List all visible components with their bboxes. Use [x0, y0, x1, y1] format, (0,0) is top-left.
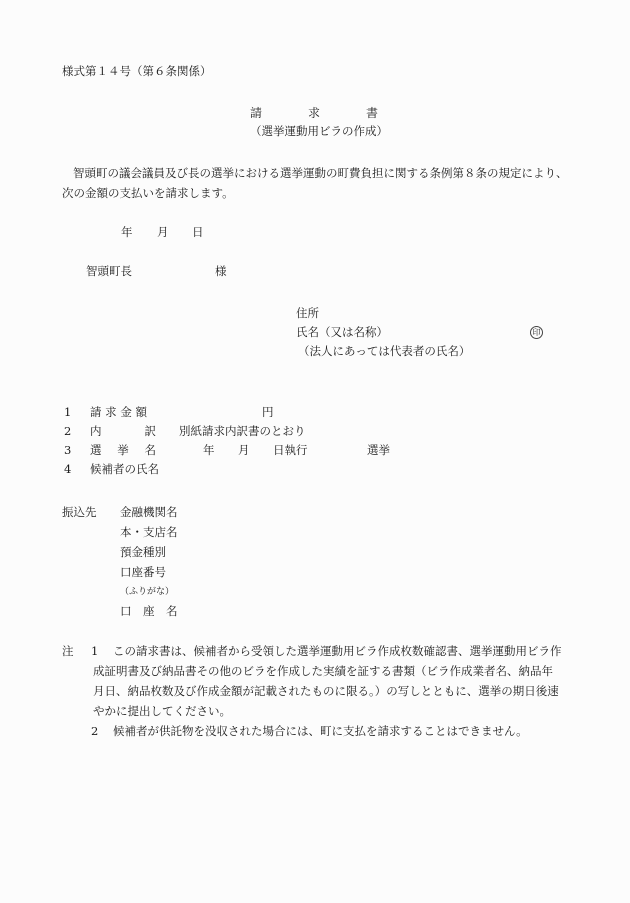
form-number: 様式第１４号（第６条関係） — [62, 66, 212, 78]
election-year-label: 年 — [203, 445, 215, 457]
bank-field-account-name: 口 座 名 — [120, 606, 178, 618]
bank-field-deposit-type: 預金種別 — [120, 547, 166, 559]
corporate-note: （法人にあっては代表者の氏名） — [298, 346, 470, 358]
addressee-name: 智頭町長 — [86, 266, 132, 278]
intro-line-2: 次の金額の支払いを請求します。 — [62, 188, 234, 200]
election-day-exec-label: 日執行 — [273, 445, 308, 457]
item-label: 内 訳 — [90, 426, 156, 438]
title-char: 請 — [250, 107, 262, 119]
document-title: 請 求 書 — [250, 107, 378, 119]
address-label: 住所 — [296, 308, 319, 320]
label-char: 請 — [90, 407, 102, 419]
seal-icon: 印 — [530, 326, 543, 339]
note-number: 2 — [91, 726, 98, 738]
item-number: 3 — [64, 445, 71, 457]
bank-field-branch: 本・支店名 — [120, 527, 178, 539]
label-char: 金 — [120, 407, 132, 419]
election-month-label: 月 — [238, 445, 250, 457]
notes-heading: 注 — [62, 646, 74, 658]
title-char: 書 — [366, 107, 378, 119]
name-label: 氏名（又は名称） — [296, 327, 388, 339]
note-1-line-1: この請求書は、候補者から受領した選挙運動用ビラ作成枚数確認書、選挙運動用ビラ作 — [113, 646, 562, 658]
bank-field-furigana: （ふりがな） — [120, 588, 174, 597]
label-char: 額 — [135, 407, 147, 419]
title-char: 求 — [308, 107, 320, 119]
date-month-label: 月 — [157, 227, 169, 239]
item-number: 4 — [64, 464, 71, 476]
label-char: 内 — [90, 426, 102, 438]
date-year-label: 年 — [121, 227, 133, 239]
bank-field-account-number: 口座番号 — [120, 567, 166, 579]
election-suffix: 選挙 — [367, 445, 390, 457]
note-number: 1 — [91, 646, 98, 658]
bank-field-institution: 金融機関名 — [120, 507, 178, 519]
item-label: 請 求 金 額 — [90, 407, 147, 419]
item-number: 2 — [64, 426, 71, 438]
label-char: 求 — [105, 407, 117, 419]
addressee-honorific: 様 — [215, 266, 227, 278]
breakdown-value: 別紙請求内訳書のとおり — [179, 426, 306, 438]
label-char: 名 — [145, 445, 157, 457]
note-1-line-2: 成証明書及び納品書その他のビラを作成した実績を証する書類（ビラ作成業者名、納品年 — [93, 666, 553, 678]
label-char: 選 — [90, 445, 102, 457]
date-day-label: 日 — [192, 227, 204, 239]
item-label: 候補者の氏名 — [90, 464, 159, 476]
item-number: 1 — [64, 407, 71, 419]
note-1-line-4: やかに提出してください。 — [93, 706, 231, 718]
item-label: 選 挙 名 — [90, 445, 156, 457]
note-2-line-1: 候補者が供託物を没収された場合には、町に支払を請求することはできません。 — [113, 726, 528, 738]
document-subtitle: （選挙運動用ビラの作成） — [250, 126, 388, 138]
note-1-line-3: 月日、納品枚数及び作成金額が記載されたものに限る。）の写しとともに、選挙の期日後… — [93, 686, 559, 698]
amount-unit: 円 — [262, 407, 274, 419]
label-char: 訳 — [145, 426, 157, 438]
label-char: 挙 — [117, 445, 129, 457]
bank-heading: 振込先 — [62, 507, 97, 519]
intro-line-1: 智頭町の議会議員及び長の選挙における選挙運動の町費負担に関する条例第８条の規定に… — [62, 168, 568, 180]
